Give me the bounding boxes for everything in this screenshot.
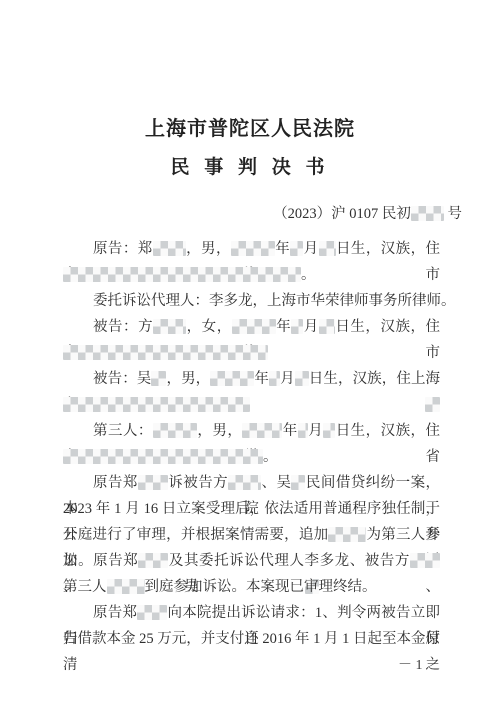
document-body: 原告：郑，男，年月日生，汉族，住上海市 。 委托诉讼代理人：李多龙，上海市华荣律… (63, 236, 440, 652)
period: 。 (263, 449, 278, 465)
line-claim-2: 告借款本金 25 万元，并支付自 2016 年 1 月 1 日起至本金付清之 (63, 626, 440, 652)
year-char: 年 (254, 371, 269, 387)
redacted-birth-month (298, 423, 308, 438)
case-number-prefix: （2023）沪 0107 民初 (273, 206, 411, 222)
text-run: 开庭进行了审理，并根据案情需要，追加 (63, 527, 328, 543)
year-char: 年 (276, 319, 292, 335)
redacted-defendant-name (151, 371, 166, 386)
defendant-gender: ，男， (166, 371, 210, 387)
line-defendant-wu: 被告：吴，男，年月日生，汉族，住上海市 (63, 366, 440, 392)
document-title: 民 事 判 决 书 (0, 157, 500, 178)
text-run: 原告郑 (93, 605, 137, 621)
redacted-birth-day (319, 319, 335, 334)
line-case-intro-2: 2023 年 1 月 16 日立案受理后，依法适用普通程序独任制，公开 (63, 496, 440, 522)
line-attorney: 委托诉讼代理人：李多龙，上海市华荣律师事务所律师。 (63, 288, 440, 314)
redacted-name (410, 553, 440, 568)
redacted-birth-month (290, 241, 303, 256)
redacted-birth-day (295, 371, 309, 386)
redacted-name (228, 475, 261, 490)
case-number-suffix: 号 (448, 206, 463, 222)
text-run: 告借款本金 25 万元，并支付自 2016 年 1 月 1 日起至本金付清之 (63, 631, 440, 673)
redacted-birth-year (210, 371, 254, 386)
defendant-label: 被告：方 (93, 319, 153, 335)
redacted-address-start (425, 397, 440, 412)
line-claim-1: 原告郑向本院提出诉讼请求：1、判令两被告立即归还原 (63, 600, 440, 626)
redacted-defendant-name (153, 319, 186, 334)
redacted-name (138, 475, 168, 490)
plaintiff-gender: ，男， (186, 241, 231, 257)
redacted-birth-month (269, 371, 280, 386)
redacted-plaintiff-name (153, 241, 186, 256)
redacted-name (291, 475, 305, 490)
line-defendant-fang: 被告：方，女，年月日生，汉族，住上海市 (63, 314, 440, 340)
redacted-address (63, 345, 268, 360)
redacted-birth-year (231, 241, 275, 256)
third-party-label: 第三人： (93, 423, 153, 439)
defendant-label: 被告：吴 (93, 371, 151, 387)
year-char: 年 (282, 423, 297, 439)
judgment-page: 上海市普陀区人民法院 民 事 判 决 书 （2023）沪 0107 民初 号 原… (0, 0, 500, 706)
redacted-birth-day (323, 423, 335, 438)
redacted-birth-year (242, 423, 282, 438)
line-plaintiff: 原告：郑，男，年月日生，汉族，住上海市 (63, 236, 440, 262)
redacted-address (63, 267, 301, 282)
case-number-line: （2023）沪 0107 民初 号 (0, 204, 462, 224)
redacted-birth-month (291, 319, 303, 334)
text-run: 、吴 (261, 475, 291, 491)
redacted-name (138, 553, 168, 568)
attorney-text: 委托诉讼代理人：李多龙，上海市华荣律师事务所律师。 (93, 293, 456, 309)
redacted-birth-day (319, 241, 336, 256)
text-run: 到庭参加诉讼。本案现已审理终结。 (145, 579, 377, 595)
line-case-intro-3: 开庭进行了审理，并根据案情需要，追加为第三人参加诉 (63, 522, 440, 548)
redacted-third-party-name (153, 423, 197, 438)
line-case-intro-4: 讼。原告郑及其委托诉讼代理人李多龙、被告方、吴、 (63, 548, 440, 574)
redacted-name (107, 579, 145, 594)
third-party-gender: ，男， (197, 423, 242, 439)
text-run: 诉被告方 (168, 475, 228, 491)
month-char: 月 (308, 423, 323, 439)
month-char: 月 (303, 241, 318, 257)
redacted-address (63, 449, 263, 464)
period: 。 (301, 267, 316, 283)
line-third-party: 第三人：，男，年月日生，汉族，住安徽省 (63, 418, 440, 444)
redacted-name (328, 527, 366, 542)
text-run: 讼。原告郑 (63, 553, 138, 569)
year-char: 年 (275, 241, 290, 257)
redacted-address (63, 397, 250, 412)
text-run: 第三人 (63, 579, 107, 595)
month-char: 月 (280, 371, 295, 387)
text-run: 原告郑 (93, 475, 138, 491)
line-case-intro-1: 原告郑诉被告方、吴民间借贷纠纷一案，本院于 (63, 470, 440, 496)
court-name: 上海市普陀区人民法院 (0, 118, 500, 140)
month-char: 月 (303, 319, 319, 335)
redacted-name (137, 605, 167, 620)
defendant-gender: ，女， (186, 319, 232, 335)
redacted-birth-year (232, 319, 276, 334)
redacted-case-number (411, 206, 444, 221)
text-run: 及其委托诉讼代理人李多龙、被告方 (168, 553, 410, 569)
plaintiff-label: 原告：郑 (93, 241, 153, 257)
